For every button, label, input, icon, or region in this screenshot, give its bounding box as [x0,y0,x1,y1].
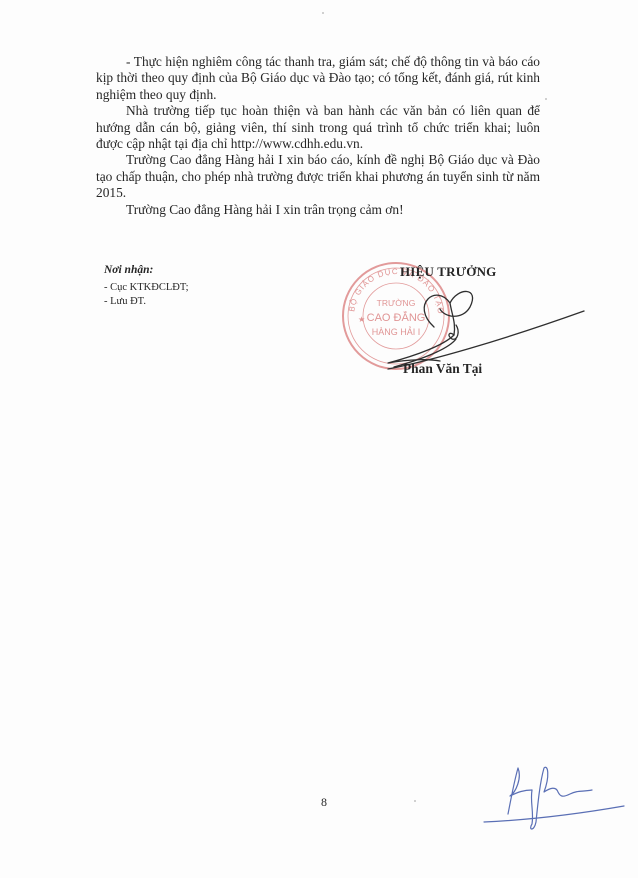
page-number: 8 [321,795,327,810]
body-text: - Thực hiện nghiêm công tác thanh tra, g… [96,54,540,218]
signatory-title: HIỆU TRƯỞNG [400,264,496,280]
signature-icon [370,265,590,375]
text-line: Trường Cao đẳng Hàng hải I xin báo cáo, … [96,152,540,168]
scan-speck [414,800,416,802]
text-line: Trường Cao đẳng Hàng hải I xin trân trọn… [96,202,540,218]
signatory-name: Phan Văn Tại [403,361,482,377]
text-line: kịp thời theo quy định của Bộ Giáo dục v… [96,70,540,86]
recipient-item: - Lưu ĐT. [104,295,189,309]
text-line: Nhà trường tiếp tục hoàn thiện và ban hà… [96,103,540,119]
paragraph-request: Trường Cao đẳng Hàng hải I xin báo cáo, … [96,152,540,201]
text-line: 2015. [96,185,540,201]
document-page: - Thực hiện nghiêm công tác thanh tra, g… [0,0,638,878]
text-line: tạo chấp thuận, cho phép nhà trường được… [96,169,540,185]
svg-text:★: ★ [358,315,365,324]
scan-speck [545,98,547,100]
paragraph-guidance: Nhà trường tiếp tục hoàn thiện và ban hà… [96,103,540,152]
scan-speck [322,12,324,14]
paragraph-thanks: Trường Cao đẳng Hàng hải I xin trân trọn… [96,202,540,218]
paragraph-inspection: - Thực hiện nghiêm công tác thanh tra, g… [96,54,540,103]
recipient-item: - Cục KTKĐCLĐT; [104,281,189,295]
recipients-block: Nơi nhận: - Cục KTKĐCLĐT; - Lưu ĐT. [104,263,189,309]
text-line: - Thực hiện nghiêm công tác thanh tra, g… [96,54,540,70]
recipients-heading: Nơi nhận: [104,263,189,278]
text-line: nghiệm theo quy định. [96,87,540,103]
text-line: được cập nhật tại địa chỉ http://www.cdh… [96,136,540,152]
text-line: hướng dẫn cán bộ, giảng viên, thí sinh t… [96,120,540,136]
initials-signature-icon [478,762,628,834]
